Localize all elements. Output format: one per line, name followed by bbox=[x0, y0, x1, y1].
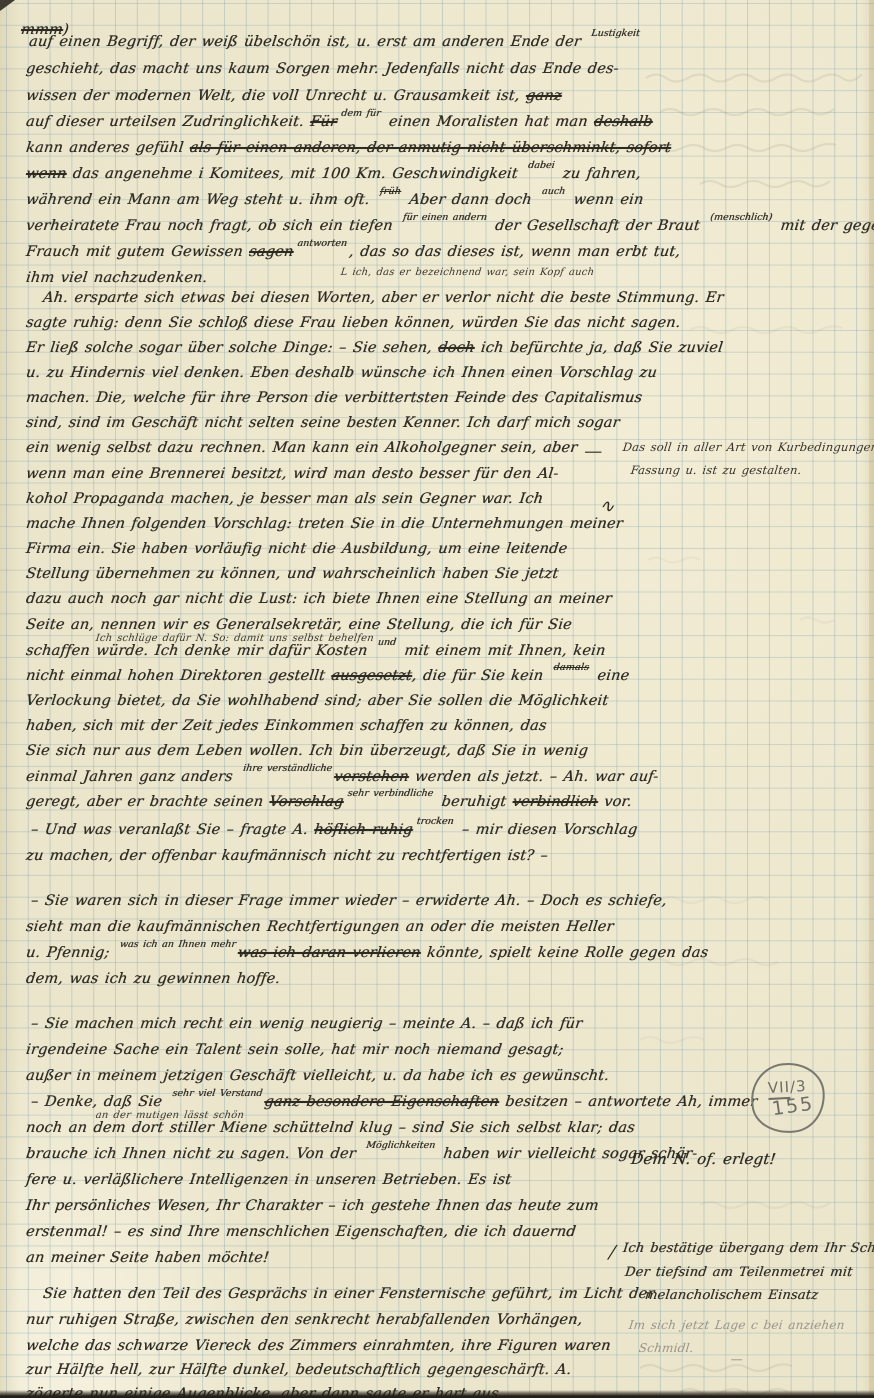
paragraph-2-line: Seite an, nennen wir es Generalsekretär,… bbox=[25, 617, 573, 633]
paragraph-1-line: auf einen Begriff, der weiß übelschön is… bbox=[28, 34, 643, 50]
paragraph-2-line: u. zu Hindernis viel denken. Eben deshal… bbox=[25, 365, 658, 381]
paragraph-5-line: irgendeine Sache ein Talent sein solle, … bbox=[25, 1042, 564, 1058]
paragraph-2-line: Ah. ersparte sich etwas bei diesen Worte… bbox=[42, 290, 724, 306]
paragraph-1-line: verheiratete Frau noch fragt, ob sich ei… bbox=[25, 218, 874, 234]
scan-edge-bottom bbox=[0, 1390, 874, 1398]
paragraph-2-line: Er ließ solche sogar über solche Dinge: … bbox=[25, 340, 724, 356]
paragraph-4-line: – Sie waren sich in dieser Frage immer w… bbox=[30, 893, 668, 909]
note-bottom-right-ink-line: Der tiefsind am Teilenmetrei mit bbox=[624, 1265, 853, 1280]
paragraph-2-line: geregt, aber er brachte seinen Vorschlag… bbox=[25, 794, 633, 810]
paragraph-2-line: wenn man eine Brennerei besitzt, wird ma… bbox=[25, 466, 559, 482]
paragraph-4-line: sieht man die kaufmännischen Rechtfertig… bbox=[25, 919, 615, 935]
note-bottom-right-ink-line: / bbox=[608, 1242, 617, 1263]
note-bottom-right-ink-line: Ich bestätige übergang dem Ihr Schaffen … bbox=[622, 1241, 874, 1256]
handwriting-layer: mmm)auf einen Begriff, der weiß übelschö… bbox=[0, 0, 874, 1398]
paragraph-2-line: schaffen würde. Ich denke mir dafür Kost… bbox=[25, 643, 606, 659]
paragraph-5-line: – Sie machen mich recht ein wenig neugie… bbox=[30, 1016, 583, 1032]
note-bottom-right-pencil-line: Im sich jetzt Lage c bei anziehen bbox=[628, 1318, 846, 1332]
stamp-page-number: 155 bbox=[771, 1094, 815, 1119]
paragraph-6-line: nur ruhigen Straße, zwischen den senkrec… bbox=[25, 1312, 583, 1328]
margin-note-right-line: Das soll in aller Art von Kurbedingungen bbox=[622, 440, 874, 454]
paragraph-2-line: einmal Jahren ganz anders ihre verständl… bbox=[25, 769, 659, 785]
stamp-fraction: VII/3 bbox=[767, 1079, 806, 1096]
margin-note-right-line: Fassung u. ist zu gestalten. bbox=[630, 463, 802, 477]
paragraph-5-line: Ihr persönliches Wesen, Ihr Charakter – … bbox=[25, 1198, 600, 1214]
paragraph-2-line: Verlockung bietet, da Sie wohlhabend sin… bbox=[25, 693, 609, 709]
stamp-denominator: 3 bbox=[795, 1077, 806, 1096]
note-bottom-right-ink-line: melancholischem Einsatz bbox=[644, 1288, 819, 1303]
page-edge-right bbox=[869, 0, 874, 1398]
paragraph-6-line: zur Hälfte hell, zur Hälfte dunkel, bede… bbox=[25, 1362, 572, 1378]
paragraph-1-line: kann anderes gefühl als für einen andere… bbox=[25, 140, 672, 156]
paragraph-2-line: nicht einmal hohen Direktoren gestellt a… bbox=[25, 668, 630, 684]
paragraph-5-line: erstenmal! – es sind Ihre menschlichen E… bbox=[25, 1224, 577, 1240]
paragraph-2-line: ein wenig selbst dazu rechnen. Man kann … bbox=[25, 440, 578, 456]
margin-note-right-line: — bbox=[583, 441, 604, 462]
paragraph-2-line: Stellung übernehmen zu können, und wahrs… bbox=[25, 566, 559, 582]
manuscript-page: mmm)auf einen Begriff, der weiß übelschö… bbox=[0, 0, 874, 1398]
paragraph-2-line: dazu auch noch gar nicht die Lust: ich b… bbox=[25, 591, 613, 607]
paragraph-2-line: machen. Die, welche für ihre Person die … bbox=[25, 390, 643, 406]
paragraph-2-line: sagte ruhig: denn Sie schloß diese Frau … bbox=[25, 315, 681, 331]
note-bottom-right-pencil-line: — bbox=[730, 1352, 744, 1366]
paragraph-5-line: brauche ich Ihnen nicht zu sagen. Von de… bbox=[25, 1146, 698, 1162]
paragraph-5-line: an meiner Seite haben möchte! bbox=[25, 1250, 270, 1266]
paragraph-4-line: u. Pfennig; was ich an Ihnen mehrwas ich… bbox=[25, 945, 709, 961]
margin-note-right-line: ∿ bbox=[598, 496, 616, 517]
paragraph-1-line: wissen der modernen Welt, die voll Unrec… bbox=[25, 88, 563, 104]
paragraph-3-line: zu machen, der offenbar kaufmännisch nic… bbox=[25, 848, 549, 864]
paragraph-4-line: dem, was ich zu gewinnen hoffe. bbox=[25, 971, 281, 987]
paragraph-1-line: wenn das angenehme i Komitees, mit 100 K… bbox=[25, 166, 642, 182]
paragraph-2-line: haben, sich mit der Zeit jedes Einkommen… bbox=[25, 718, 547, 734]
paragraph-5-line: außer in meinem jetzigen Geschäft vielle… bbox=[25, 1068, 610, 1084]
paragraph-1-line: ihm viel nachzudenken. bbox=[25, 270, 208, 286]
note-bottom-right-pencil-line: Schmidl. bbox=[638, 1341, 695, 1355]
paragraph-2-line: Sie sich nur aus dem Leben wollen. Ich b… bbox=[25, 743, 589, 759]
paragraph-1-line: während ein Mann am Weg steht u. ihm oft… bbox=[25, 192, 644, 208]
paragraph-2-line: sind, sind im Geschäft nicht selten sein… bbox=[25, 415, 621, 431]
paragraph-2-line: mache Ihnen folgenden Vorschlag: treten … bbox=[25, 516, 624, 532]
paragraph-1-line: auf dieser urteilsen Zudringlichkeit. Fü… bbox=[25, 114, 654, 130]
paragraph-2-line: Firma ein. Sie haben vorläufig nicht die… bbox=[25, 541, 568, 557]
paragraph-1-line: L ich, das er bezeichnend war, sein Kopf… bbox=[340, 267, 595, 278]
paragraph-3-line: – Und was veranlaßt Sie – fragte A. höfl… bbox=[30, 822, 638, 838]
paragraph-6-line: Sie hatten den Teil des Gesprächs in ein… bbox=[42, 1286, 655, 1302]
paragraph-5-line: noch an dem dort stiller Miene schütteln… bbox=[25, 1120, 636, 1136]
paragraph-2-line: kohol Propaganda machen, je besser man a… bbox=[25, 491, 544, 507]
paragraph-5-line: fere u. verläßlichere Intelligenzen in u… bbox=[25, 1172, 512, 1188]
paragraph-1-line: Frauch mit gutem Gewissen sagenantworten… bbox=[25, 244, 681, 260]
paragraph-1-line: geschieht, das macht uns kaum Sorgen meh… bbox=[25, 61, 620, 77]
note-bottom-right-ink-line: Dem N. of. erlegt! bbox=[630, 1150, 777, 1168]
paragraph-6-line: welche das schwarze Viereck des Zimmers … bbox=[25, 1338, 612, 1354]
paragraph-5-line: – Denke, daß Sie sehr viel Verstandganz … bbox=[30, 1094, 758, 1110]
